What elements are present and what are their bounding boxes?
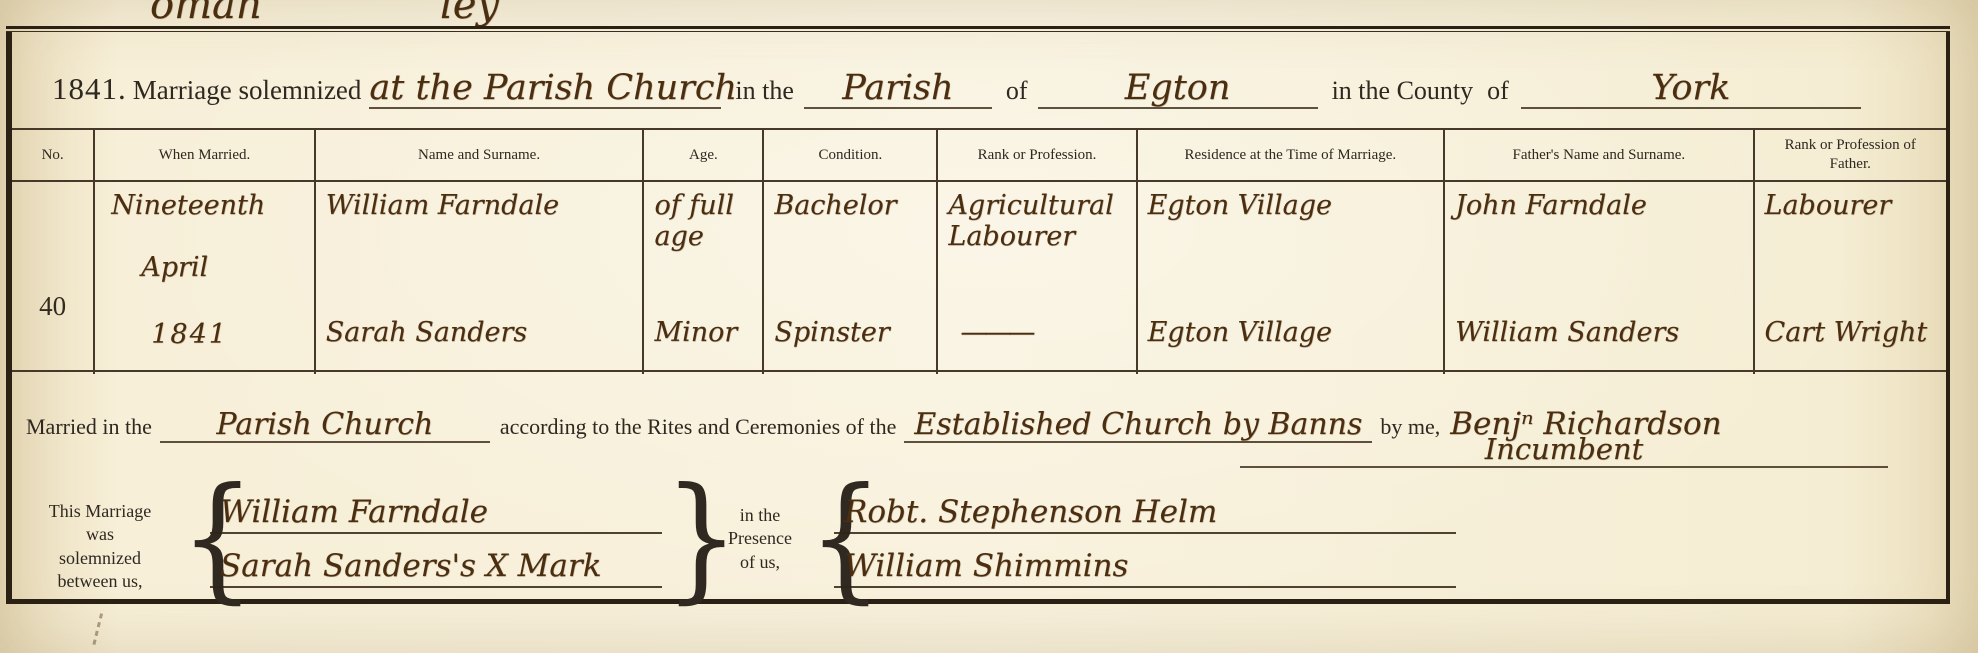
- ceremony-printed-according: according to the Rites and Ceremonies of…: [500, 414, 897, 440]
- title-printed-of: of: [1006, 76, 1028, 106]
- title-printed-county: in the County: [1332, 76, 1474, 106]
- cell-entry-number: 40: [12, 182, 93, 374]
- groom-name: William Farndale: [326, 190, 637, 221]
- column-header-no: No.: [12, 130, 93, 182]
- presence-label: in the Presence of us,: [712, 504, 808, 574]
- bride-father-profession: Cart Wright: [1765, 317, 1940, 348]
- register-form-frame: 1841. Marriage solemnized at the Parish …: [6, 32, 1950, 604]
- bride-father-name: William Sanders: [1455, 317, 1746, 348]
- presence-label-line: in the: [712, 504, 808, 527]
- cell-professions: Agricultural Labourer ———: [936, 182, 1135, 374]
- cell-conditions: Bachelor Spinster: [762, 182, 936, 374]
- column-header-condition: Condition.: [762, 130, 936, 182]
- bride-name: Sarah Sanders: [326, 317, 637, 348]
- groom-residence: Egton Village: [1148, 190, 1438, 221]
- county-name-blank: York: [1521, 70, 1861, 109]
- solemnized-label-line: solemnized: [14, 547, 186, 570]
- register-year: 1841.: [52, 71, 127, 107]
- place-of-marriage-blank: at the Parish Church: [369, 70, 721, 109]
- signatures-section: This Marriage was solemnized between us,…: [12, 472, 1946, 604]
- ceremony-statement: Married in the Parish Church according t…: [12, 372, 1946, 472]
- party-signature-lines: William Farndale Sarah Sanders's X Mark: [210, 480, 662, 588]
- title-printed-intro: Marriage solemnized: [133, 75, 362, 106]
- marriage-register-table: No. When Married. Name and Surname. Age.…: [12, 128, 1946, 372]
- bride-age: Minor: [654, 317, 756, 348]
- bride-profession-dash: ———: [960, 317, 1129, 348]
- witness-2-signature: William Shimmins: [844, 548, 1128, 584]
- ceremony-printed-married-in: Married in the: [26, 414, 152, 440]
- parish-name-blank: Egton: [1038, 70, 1318, 109]
- when-married-year: 1841: [151, 319, 307, 350]
- column-header-name-surname: Name and Surname.: [314, 130, 643, 182]
- solemnized-label: This Marriage was solemnized between us,: [14, 500, 186, 594]
- column-header-father-rank: Rank or Profession of Father.: [1753, 130, 1946, 182]
- witness-signature-line: Robt. Stephenson Helm: [834, 480, 1456, 534]
- groom-signature-line: William Farndale: [210, 480, 662, 534]
- column-header-when-married: When Married.: [93, 130, 313, 182]
- title-printed-of-2: of: [1487, 76, 1509, 106]
- title-printed-in-the: in the: [735, 76, 794, 106]
- bride-signature-line: Sarah Sanders's X Mark: [210, 534, 662, 588]
- marriage-register-scan: oman ley 1841. Marriage solemnized at th…: [0, 0, 1978, 653]
- groom-age: of full age: [654, 190, 756, 252]
- entry-number: 40: [39, 291, 66, 322]
- groom-father-name: John Farndale: [1455, 190, 1746, 221]
- cell-fathers-names: John Farndale William Sanders: [1443, 182, 1752, 374]
- groom-father-profession: Labourer: [1765, 190, 1940, 221]
- when-married-month: April: [141, 252, 307, 283]
- witness-1-signature: Robt. Stephenson Helm: [844, 494, 1217, 530]
- presence-label-line: of us,: [712, 551, 808, 574]
- stray-pen-mark: [92, 613, 103, 647]
- column-header-age: Age.: [642, 130, 762, 182]
- column-header-residence: Residence at the Time of Marriage.: [1136, 130, 1444, 182]
- cell-residences: Egton Village Egton Village: [1136, 182, 1444, 374]
- cell-when-married: Nineteenth April 1841: [93, 182, 313, 374]
- cell-names: William Farndale Sarah Sanders: [314, 182, 643, 374]
- officiant-title: Incumbent: [1240, 434, 1888, 468]
- witness-signature-line: William Shimmins: [834, 534, 1456, 588]
- register-title-row: 1841. Marriage solemnized at the Parish …: [12, 32, 1946, 128]
- groom-profession: Agricultural Labourer: [948, 190, 1129, 252]
- groom-condition: Bachelor: [774, 190, 930, 221]
- cell-ages: of full age Minor: [642, 182, 762, 374]
- bride-residence: Egton Village: [1148, 317, 1438, 348]
- bride-signature: Sarah Sanders's X Mark: [220, 548, 601, 584]
- solemnized-label-line: was: [14, 523, 186, 546]
- column-header-father-name: Father's Name and Surname.: [1443, 130, 1752, 182]
- solemnized-label-line: This Marriage: [14, 500, 186, 523]
- witness-signature-lines: Robt. Stephenson Helm William Shimmins: [834, 480, 1456, 588]
- groom-signature: William Farndale: [220, 494, 488, 530]
- column-header-rank-profession: Rank or Profession.: [936, 130, 1135, 182]
- parish-word-blank: Parish: [804, 70, 992, 109]
- cutoff-handwriting-fragment: ley: [440, 0, 499, 28]
- when-married-day: Nineteenth: [111, 190, 307, 221]
- cell-fathers-professions: Labourer Cart Wright: [1753, 182, 1946, 374]
- solemnized-label-line: between us,: [14, 570, 186, 593]
- ceremony-church-blank: Parish Church: [160, 409, 490, 443]
- bride-condition: Spinster: [774, 317, 930, 348]
- cutoff-handwriting-fragment: oman: [150, 0, 262, 28]
- presence-label-line: Presence: [712, 527, 808, 550]
